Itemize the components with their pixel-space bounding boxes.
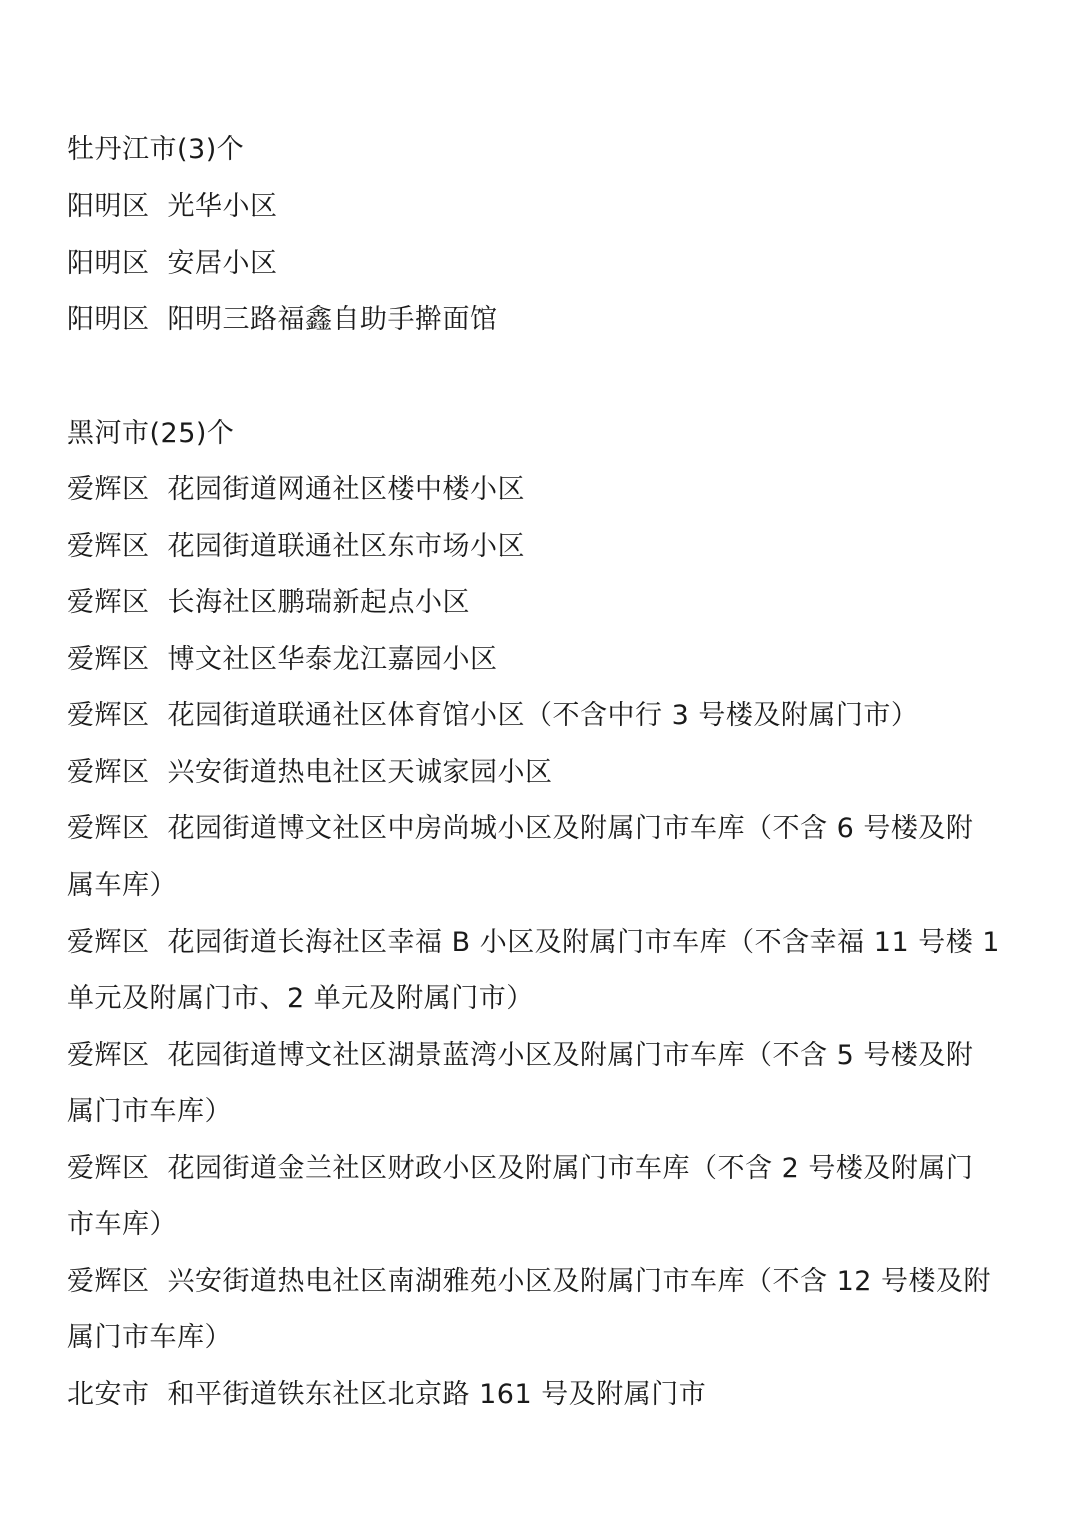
district-label: 爱辉区	[67, 753, 150, 793]
district-label: 爱辉区	[67, 1036, 150, 1076]
list-item: 爱辉区花园街道长海社区幸福 B 小区及附属门市车库（不含幸福 11 号楼 1	[67, 923, 1047, 963]
district-label: 爱辉区	[67, 809, 150, 849]
location-text: 安居小区	[168, 248, 278, 279]
list-item: 阳明区阳明三路福鑫自助手擀面馆	[67, 300, 1047, 340]
list-item-continuation: 属车库）	[67, 866, 1047, 906]
list-item: 爱辉区花园街道网通社区楼中楼小区	[67, 470, 1047, 510]
location-text: 花园街道博文社区湖景蓝湾小区及附属门市车库（不含 5 号楼及附	[168, 1040, 974, 1071]
district-label: 北安市	[67, 1375, 150, 1415]
location-text: 花园街道博文社区中房尚城小区及附属门市车库（不含 6 号楼及附	[168, 813, 974, 844]
location-text: 长海社区鹏瑞新起点小区	[168, 587, 471, 618]
list-item-continuation: 单元及附属门市、2 单元及附属门市）	[67, 979, 1047, 1019]
location-text: 博文社区华泰龙江嘉园小区	[168, 644, 498, 675]
list-item-continuation: 市车库）	[67, 1205, 1047, 1245]
district-label: 爱辉区	[67, 527, 150, 567]
district-label: 爱辉区	[67, 470, 150, 510]
district-label: 爱辉区	[67, 1149, 150, 1189]
list-item: 爱辉区长海社区鹏瑞新起点小区	[67, 583, 1047, 623]
district-label: 阳明区	[67, 187, 150, 227]
location-text: 光华小区	[168, 191, 278, 222]
list-item-continuation: 属门市车库）	[67, 1092, 1047, 1132]
location-text: 兴安街道热电社区天诚家园小区	[168, 757, 553, 788]
list-item: 阳明区光华小区	[67, 187, 1047, 227]
list-item: 阳明区安居小区	[67, 244, 1047, 284]
location-text: 和平街道铁东社区北京路 161 号及附属门市	[168, 1379, 707, 1410]
district-label: 爱辉区	[67, 1262, 150, 1302]
district-label: 爱辉区	[67, 923, 150, 963]
district-label: 爱辉区	[67, 640, 150, 680]
list-item: 爱辉区花园街道博文社区中房尚城小区及附属门市车库（不含 6 号楼及附	[67, 809, 1047, 849]
section-heading-mudanjiang: 牡丹江市(3)个	[67, 130, 1047, 170]
list-item: 爱辉区兴安街道热电社区天诚家园小区	[67, 753, 1047, 793]
list-item: 爱辉区兴安街道热电社区南湖雅苑小区及附属门市车库（不含 12 号楼及附	[67, 1262, 1047, 1302]
list-item: 爱辉区花园街道博文社区湖景蓝湾小区及附属门市车库（不含 5 号楼及附	[67, 1036, 1047, 1076]
location-text: 花园街道联通社区体育馆小区（不含中行 3 号楼及附属门市）	[168, 700, 919, 731]
list-item: 爱辉区花园街道联通社区东市场小区	[67, 527, 1047, 567]
location-text: 花园街道金兰社区财政小区及附属门市车库（不含 2 号楼及附属门	[168, 1153, 974, 1184]
district-label: 阳明区	[67, 300, 150, 340]
location-text: 花园街道长海社区幸福 B 小区及附属门市车库（不含幸福 11 号楼 1	[168, 927, 1000, 958]
section-heading-heihe: 黑河市(25)个	[67, 414, 1047, 454]
location-text: 花园街道联通社区东市场小区	[168, 531, 526, 562]
district-label: 爱辉区	[67, 583, 150, 623]
list-item: 北安市和平街道铁东社区北京路 161 号及附属门市	[67, 1375, 1047, 1415]
district-label: 爱辉区	[67, 696, 150, 736]
location-text: 阳明三路福鑫自助手擀面馆	[168, 304, 498, 335]
location-text: 花园街道网通社区楼中楼小区	[168, 474, 526, 505]
location-text: 兴安街道热电社区南湖雅苑小区及附属门市车库（不含 12 号楼及附	[168, 1266, 992, 1297]
list-item: 爱辉区花园街道联通社区体育馆小区（不含中行 3 号楼及附属门市）	[67, 696, 1047, 736]
list-item: 爱辉区博文社区华泰龙江嘉园小区	[67, 640, 1047, 680]
list-item: 爱辉区花园街道金兰社区财政小区及附属门市车库（不含 2 号楼及附属门	[67, 1149, 1047, 1189]
document-page: 牡丹江市(3)个 阳明区光华小区 阳明区安居小区 阳明区阳明三路福鑫自助手擀面馆…	[0, 0, 1080, 1528]
district-label: 阳明区	[67, 244, 150, 284]
list-item-continuation: 属门市车库）	[67, 1318, 1047, 1358]
